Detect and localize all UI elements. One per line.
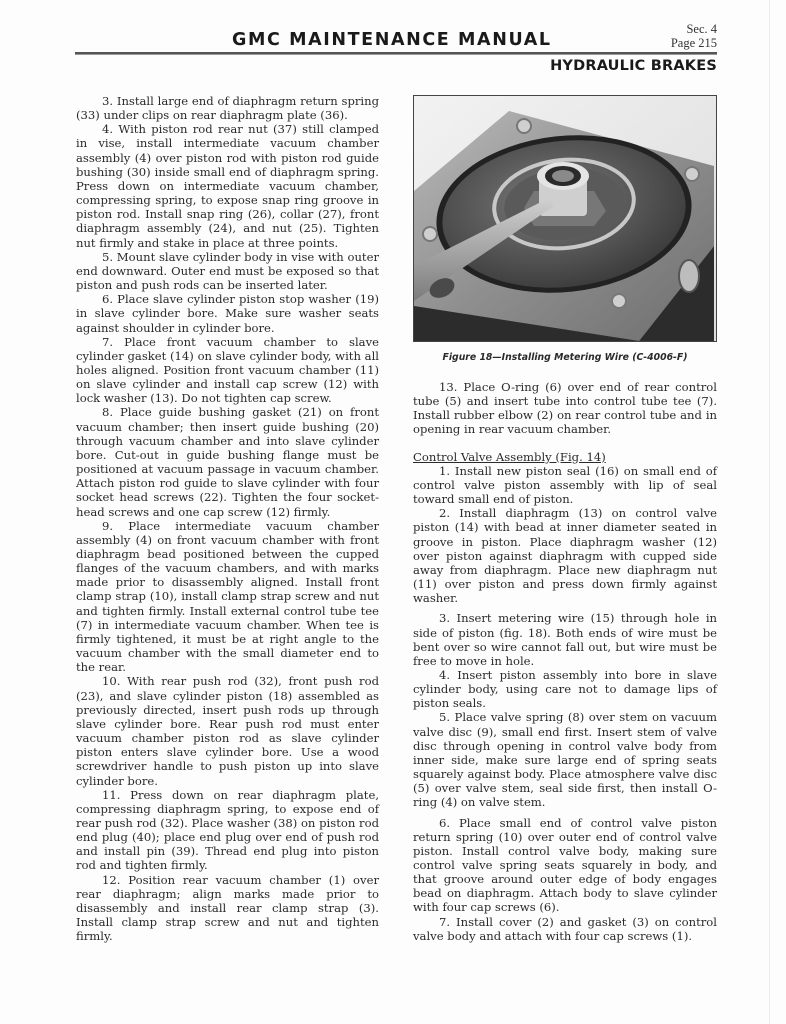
- step-paragraph: 5. Mount slave cylinder body in vise wit…: [76, 250, 379, 292]
- header-rule: [75, 52, 717, 55]
- step-paragraph: 4. Insert piston assembly into bore in s…: [413, 668, 717, 710]
- chapter-heading: HYDRAULIC BRAKES: [550, 58, 717, 74]
- manual-title: GMC MAINTENANCE MANUAL: [232, 30, 552, 50]
- figure-caption: Figure 18—Installing Metering Wire (C-40…: [413, 352, 717, 363]
- step-paragraph: 10. With rear push rod (32), front push …: [76, 674, 379, 787]
- step-paragraph: 8. Place guide bushing gasket (21) on fr…: [76, 405, 379, 518]
- step-paragraph: 12. Position rear vacuum chamber (1) ove…: [76, 873, 379, 944]
- step-paragraph: 7. Install cover (2) and gasket (3) on c…: [413, 915, 717, 943]
- page-number: Page 215: [671, 36, 717, 50]
- step-paragraph: 5. Place valve spring (8) over stem on v…: [413, 710, 717, 809]
- section-number: Sec. 4: [671, 22, 717, 36]
- left-column: 3. Install large end of diaphragm return…: [76, 94, 379, 943]
- step-paragraph: 6. Place small end of control valve pist…: [413, 816, 717, 915]
- step-paragraph: 3. Install large end of diaphragm return…: [76, 94, 379, 122]
- vacuum-chamber-photo-illustration: [414, 96, 716, 341]
- step-paragraph: 3. Insert metering wire (15) through hol…: [413, 611, 717, 668]
- step-paragraph: 9. Place intermediate vacuum chamber ass…: [76, 519, 379, 675]
- right-column: 13. Place O-ring (6) over end of rear co…: [413, 380, 717, 943]
- page-edge-line: [769, 0, 770, 1024]
- step-paragraph: 2. Install diaphragm (13) on control val…: [413, 506, 717, 605]
- subsection-heading: Control Valve Assembly (Fig. 14): [413, 450, 717, 464]
- step-paragraph: 1. Install new piston seal (16) on small…: [413, 464, 717, 506]
- step-paragraph: 11. Press down on rear diaphragm plate, …: [76, 788, 379, 873]
- step-paragraph: 13. Place O-ring (6) over end of rear co…: [413, 380, 717, 437]
- step-paragraph: 6. Place slave cylinder piston stop wash…: [76, 292, 379, 334]
- step-paragraph: 7. Place front vacuum chamber to slave c…: [76, 335, 379, 406]
- figure-photo-metering-wire: [413, 95, 717, 342]
- page-reference: Sec. 4 Page 215: [671, 22, 717, 50]
- step-paragraph: 4. With piston rod rear nut (37) still c…: [76, 122, 379, 249]
